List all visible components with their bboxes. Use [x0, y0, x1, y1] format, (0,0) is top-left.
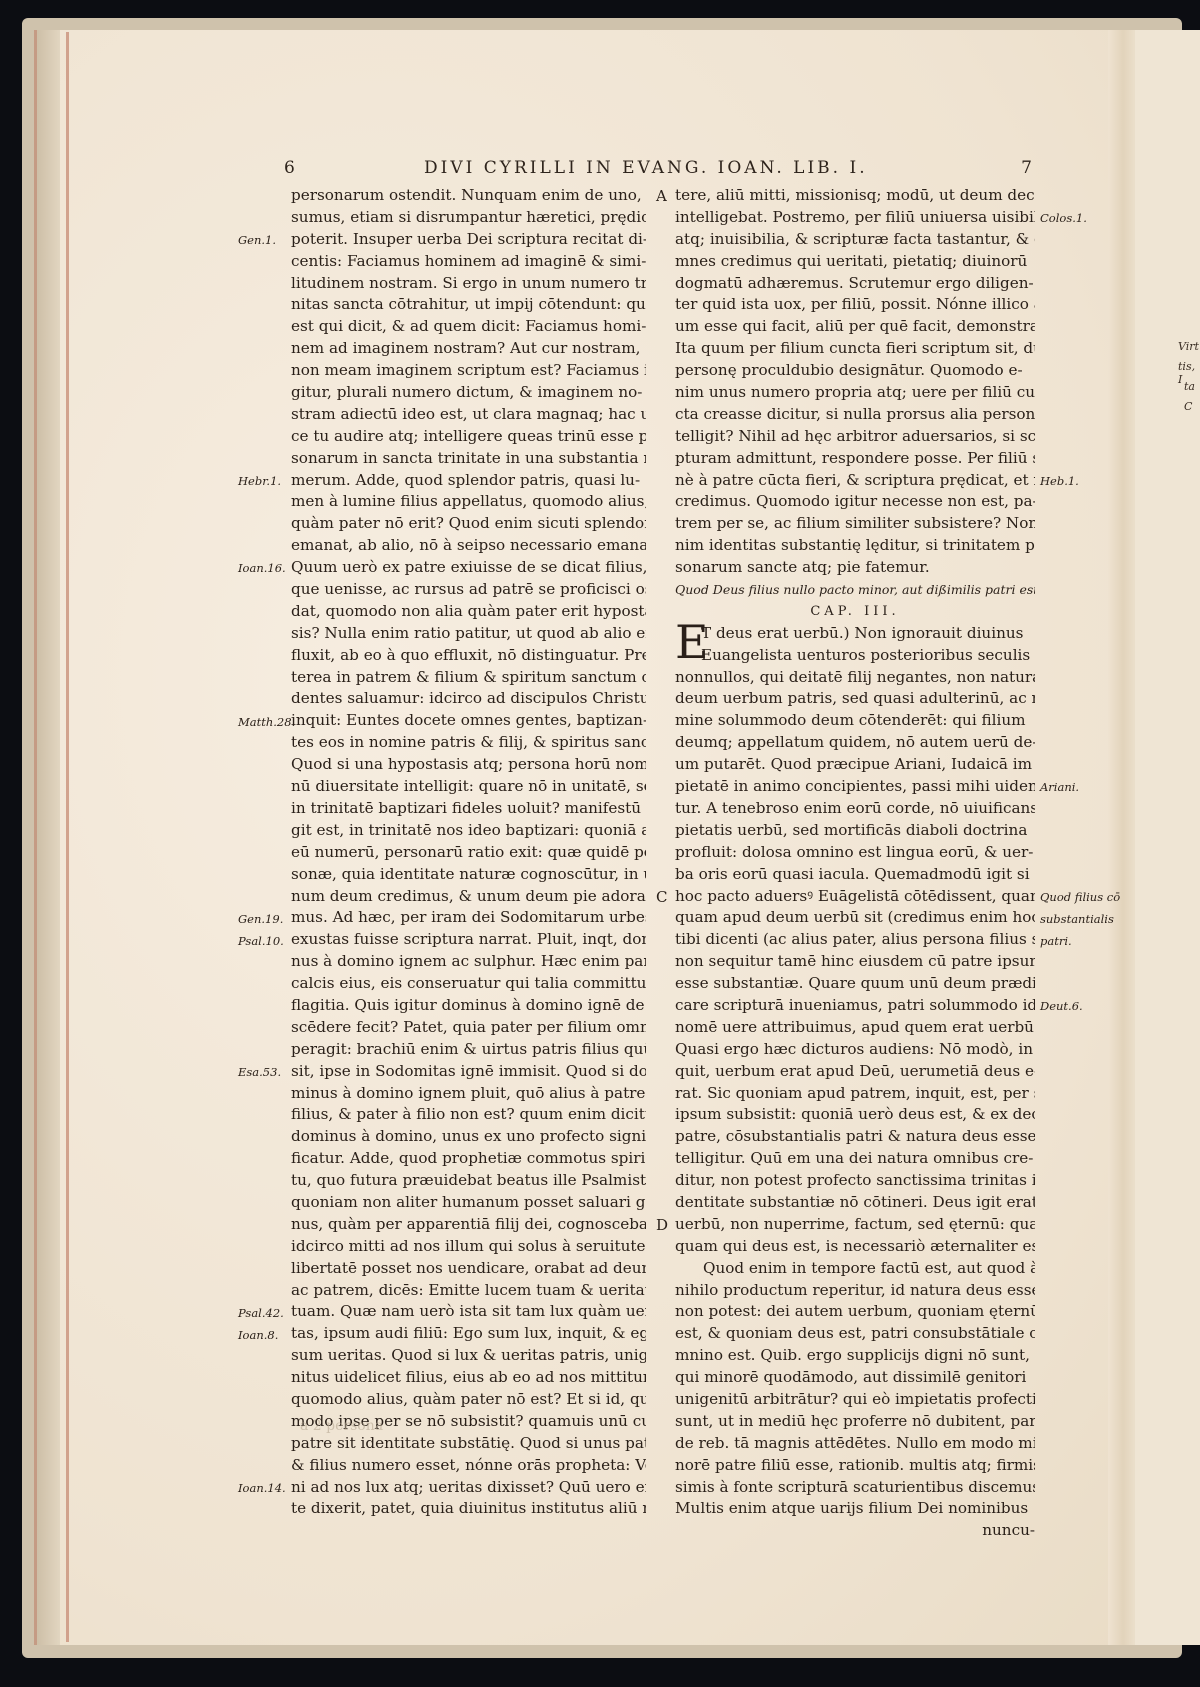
text-line: dat, quomodo non alia quàm pater erit hy…: [291, 601, 646, 623]
text-line: est, & quoniam deus est, patri consubstā…: [675, 1323, 1035, 1345]
text-line: peragit: brachiū enim & uirtus patris fi…: [291, 1039, 646, 1061]
text-line: pietatē in animo concipientes, passi mih…: [675, 776, 1035, 798]
marginal-note-right: Ariani.: [1040, 780, 1079, 794]
text-line: credimus. Quomodo igitur necesse non est…: [675, 491, 1035, 513]
marginal-note-right: patri.: [1040, 934, 1072, 948]
text-line: nem ad imaginem nostram? Aut cur nostram…: [291, 338, 646, 360]
text-line: deumq; appellatum quidem, nō autem uerū …: [675, 732, 1035, 754]
text-line: quam qui deus est, is necessariò æternal…: [675, 1236, 1035, 1258]
text-line: filius, & pater à filio non est? quum en…: [291, 1104, 646, 1126]
next-page-edge: [1135, 30, 1200, 1645]
text-line: Quod si una hypostasis atq; persona horū…: [291, 754, 646, 776]
text-line: norē patre filiū esse, rationib. multis …: [675, 1455, 1035, 1477]
text-line: scēdere fecit? Patet, quia pater per fil…: [291, 1017, 646, 1039]
text-line: ditur, non potest profecto sanctissima t…: [675, 1170, 1035, 1192]
text-line: nonnullos, qui deitatē filij negantes, n…: [675, 667, 1035, 689]
text-line: nomē uere attribuimus, apud quem erat ue…: [675, 1017, 1035, 1039]
text-line: nū diuersitate intelligit: quare nō in u…: [291, 776, 646, 798]
text-line: nus, quàm per apparentiā filij dei, cogn…: [291, 1214, 646, 1236]
next-page-margin-text: C: [1184, 400, 1192, 413]
text-line: simis à fonte scripturā scaturientibus d…: [675, 1477, 1035, 1499]
text-line: qui minorē quodāmodo, aut dissimilē geni…: [675, 1367, 1035, 1389]
text-line: terea in patrem & filium & spiritum sanc…: [291, 667, 646, 689]
text-line: num deum credimus, & unum deum pie adora…: [291, 886, 646, 908]
text-line: hoc pacto aduersꝰ Euāgelistā cōtēdissent…: [675, 886, 1035, 908]
text-line: gitur, plurali numero dictum, & imaginem…: [291, 382, 646, 404]
marginal-note-left: Ioan.14.: [238, 1481, 286, 1495]
section-letter: D: [656, 1216, 668, 1234]
text-line: git est, in trinitatē nos ideo baptizari…: [291, 820, 646, 842]
marginal-note-left: Esa.53.: [238, 1065, 281, 1079]
text-line: Ita quum per filium cuncta fieri scriptu…: [675, 338, 1035, 360]
text-line: trem per se, ac filium similiter subsist…: [675, 513, 1035, 535]
text-line: fluxit, ab eo à quo effluxit, nō disting…: [291, 645, 646, 667]
text-line: pturam admittunt, respondere posse. Per …: [675, 448, 1035, 470]
marginal-note-left: Matth.28.: [238, 715, 295, 729]
text-line: Quasi ergo hæc dicturos audiens: Nō modò…: [675, 1039, 1035, 1061]
text-line: ni ad nos lux atq; ueritas dixisset? Quū…: [291, 1477, 646, 1499]
text-line: ficatur. Adde, quod prophetiæ commotus s…: [291, 1148, 646, 1170]
text-line: patre sit identitate substātię. Quod si …: [291, 1433, 646, 1455]
text-line: quam apud deum uerbū sit (credimus enim …: [675, 907, 1035, 929]
text-line: inquit: Euntes docete omnes gentes, bapt…: [291, 710, 646, 732]
text-line: de reb. tā magnis attēdētes. Nullo em mo…: [675, 1433, 1035, 1455]
text-line: quàm pater nō erit? Quod enim sicuti spl…: [291, 513, 646, 535]
text-line: esse substantiæ. Quare quum unū deum præ…: [675, 973, 1035, 995]
section-letter: C: [656, 888, 667, 906]
text-line: nim unus numero propria atq; uere per fi…: [675, 382, 1035, 404]
binding-stain-line: [66, 32, 69, 1642]
text-line: mus. Ad hæc, per iram dei Sodomitarum ur…: [291, 907, 646, 929]
text-line: non potest: dei autem uerbum, quoniam ęt…: [675, 1301, 1035, 1323]
text-line: unigenitū arbitrātur? qui eò impietatis …: [675, 1389, 1035, 1411]
text-line: litudinem nostram. Si ergo in unum numer…: [291, 273, 646, 295]
text-line: centis: Faciamus hominem ad imaginē & si…: [291, 251, 646, 273]
text-line: sum ueritas. Quod si lux & ueritas patri…: [291, 1345, 646, 1367]
text-line: personę proculdubio designātur. Quomodo …: [675, 360, 1035, 382]
next-page-margin-text: Virt: [1178, 340, 1199, 353]
marginal-note-right: Quod filius cō: [1040, 890, 1120, 904]
text-line: Euangelista uenturos posterioribus secul…: [675, 645, 1035, 667]
catchword: nuncu-: [675, 1520, 1035, 1542]
text-line: quit, uerbum erat apud Deū, uerumetiā de…: [675, 1061, 1035, 1083]
text-line: libertatē posset nos uendicare, orabat a…: [291, 1258, 646, 1280]
text-line: Multis enim atque uarijs filium Dei nomi…: [675, 1498, 1035, 1520]
text-line: telligit? Nihil ad hęc arbitror aduersar…: [675, 426, 1035, 448]
text-line: nus à domino ignem ac sulphur. Hæc enim …: [291, 951, 646, 973]
running-title: DIVI CYRILLI IN EVANG. IOAN. LIB. I.: [424, 158, 868, 178]
text-line: uerbū, non nuperrime, factum, sed ęternū…: [675, 1214, 1035, 1236]
text-line: profluit: dolosa omnino est lingua eorū,…: [675, 842, 1035, 864]
text-line: um putarēt. Quod præcipue Ariani, Iudaic…: [675, 754, 1035, 776]
text-line: dentitate substantiæ nō cōtineri. Deus i…: [675, 1192, 1035, 1214]
text-line: quoniam non aliter humanum posset saluar…: [291, 1192, 646, 1214]
text-line: patre, cōsubstantialis patri & natura de…: [675, 1126, 1035, 1148]
text-line: tu, quo futura præuidebat beatus ille Ps…: [291, 1170, 646, 1192]
text-line: stram adiectū ideo est, ut clara magnaq;…: [291, 404, 646, 426]
text-line: ce tu audire atq; intelligere queas trin…: [291, 426, 646, 448]
marginal-note-left: Hebr.1.: [238, 474, 281, 488]
section-letter: A: [656, 187, 667, 205]
text-line: men à lumine filius appellatus, quomodo …: [291, 491, 646, 513]
text-line: cta creasse dicitur, si nulla prorsus al…: [675, 404, 1035, 426]
text-line: te dixerit, patet, quia diuinitus instit…: [291, 1498, 646, 1520]
book-gutter: [1108, 30, 1138, 1645]
text-line: est qui dicit, & ad quem dicit: Faciamus…: [291, 316, 646, 338]
text-line: tur. A tenebroso enim eorū corde, nō uiu…: [675, 798, 1035, 820]
marginal-note-left: Ioan.8.: [238, 1328, 278, 1342]
marginal-note-right: Heb.1.: [1040, 474, 1079, 488]
text-line: sumus, etiam si disrumpantur hæretici, p…: [291, 207, 646, 229]
text-line: pietatis uerbū, sed mortificās diaboli d…: [675, 820, 1035, 842]
text-line: non sequitur tamē hinc eiusdem cū patre …: [675, 951, 1035, 973]
text-line: rat. Sic quoniam apud patrem, inquit, es…: [675, 1083, 1035, 1105]
text-column-right: tere, aliū mitti, missionisq; modū, ut d…: [675, 185, 1035, 1542]
text-line: & filius numero esset, nónne orās prophe…: [291, 1455, 646, 1477]
text-line: sit, ipse in Sodomitas ignē immisit. Quo…: [291, 1061, 646, 1083]
text-line: Quod enim in tempore factū est, aut quod…: [675, 1258, 1035, 1280]
page-number-right: 7: [1021, 158, 1034, 178]
text-line: tere, aliū mitti, missionisq; modū, ut d…: [675, 185, 1035, 207]
text-line: nitus uidelicet filius, eius ab eo ad no…: [291, 1367, 646, 1389]
text-line: tes eos in nomine patris & filij, & spir…: [291, 732, 646, 754]
text-line: sonarum sancte atq; pie fatemur.: [675, 557, 1035, 579]
text-line: emanat, ab alio, nō à seipso necessario …: [291, 535, 646, 557]
text-line: eū numerū, personarū ratio exit: quæ qui…: [291, 842, 646, 864]
chapter-number: CAP. III.: [675, 601, 1035, 623]
marginal-note-right: Deut.6.: [1040, 999, 1083, 1013]
marginal-note-right: substantialis: [1040, 912, 1114, 926]
text-line: quomodo alius, quàm pater nō est? Et si …: [291, 1389, 646, 1411]
text-line: idcirco mitti ad nos illum qui solus à s…: [291, 1236, 646, 1258]
text-line: nim identitas substantię lęditur, si tri…: [675, 535, 1035, 557]
text-column-left: personarum ostendit. Nunquam enim de uno…: [291, 185, 646, 1520]
text-line: mnino est. Quib. ergo supplicijs digni n…: [675, 1345, 1035, 1367]
marginal-note-left: Ioan.16.: [238, 561, 286, 575]
chapter-heading: Quod Deus filius nullo pacto minor, aut …: [675, 579, 1035, 601]
text-line: dentes saluamur: idcirco ad discipulos C…: [291, 688, 646, 710]
text-line: sis? Nulla enim ratio patitur, ut quod a…: [291, 623, 646, 645]
text-line: dogmatū adhæremus. Scrutemur ergo dilige…: [675, 273, 1035, 295]
text-line: care scripturā inueniamus, patri solummo…: [675, 995, 1035, 1017]
running-head: 6 DIVI CYRILLI IN EVANG. IOAN. LIB. I. 7: [284, 158, 1034, 184]
text-line: ter quid ista uox, per filiū, possit. Nó…: [675, 294, 1035, 316]
next-page-margin-text: ta: [1184, 380, 1195, 393]
text-line: nihilo productum reperitur, id natura de…: [675, 1280, 1035, 1302]
text-line: in trinitatē baptizari fideles uoluit? m…: [291, 798, 646, 820]
text-line: intelligebat. Postremo, per filiū uniuer…: [675, 207, 1035, 229]
text-line: tibi dicenti (ac alius pater, alius pers…: [675, 929, 1035, 951]
text-line: ac patrem, dicēs: Emitte lucem tuam & ue…: [291, 1280, 646, 1302]
text-line: calcis eius, eis conseruatur qui talia c…: [291, 973, 646, 995]
marginal-note-right: Colos.1.: [1040, 211, 1087, 225]
text-line: tuam. Quæ nam uerò ista sit tam lux quàm…: [291, 1301, 646, 1323]
text-line: flagitia. Quis igitur dominus à domino i…: [291, 995, 646, 1017]
text-line: atq; inuisibilia, & scripturæ facta tast…: [675, 229, 1035, 251]
text-line: poterit. Insuper uerba Dei scriptura rec…: [291, 229, 646, 251]
text-line: tas, ipsum audi filiū: Ego sum lux, inqu…: [291, 1323, 646, 1345]
text-line: telligitur. Quū em una dei natura omnibu…: [675, 1148, 1035, 1170]
marginal-note-left: Gen.19.: [238, 912, 283, 926]
text-line: ipsum subsistit: quoniā uerò deus est, &…: [675, 1104, 1035, 1126]
text-line: dominus à domino, unus ex uno profecto s…: [291, 1126, 646, 1148]
text-line: T deus erat uerbū.) Non ignorauit diuinu…: [675, 623, 1035, 645]
text-line: exustas fuisse scriptura narrat. Pluit, …: [291, 929, 646, 951]
text-line: nitas sancta cōtrahitur, ut impij cōtend…: [291, 294, 646, 316]
text-line: que uenisse, ac rursus ad patrē se profi…: [291, 579, 646, 601]
drop-cap: E: [675, 619, 709, 665]
signature-bleed-through: a 2 persona: [300, 1418, 383, 1434]
text-line: minus à domino ignem pluit, quō alius à …: [291, 1083, 646, 1105]
text-line: Quum uerò ex patre exiuisse de se dicat …: [291, 557, 646, 579]
text-line: mine solummodo deum cōtenderēt: qui fili…: [675, 710, 1035, 732]
text-line: nè à patre cūcta fieri, & scriptura pręd…: [675, 470, 1035, 492]
text-line: merum. Adde, quod splendor patris, quasi…: [291, 470, 646, 492]
text-line: sonarum in sancta trinitate in una subst…: [291, 448, 646, 470]
text-line: personarum ostendit. Nunquam enim de uno…: [291, 185, 646, 207]
marginal-note-left: Psal.10.: [238, 934, 284, 948]
text-line: mnes credimus qui ueritati, pietatiq; di…: [675, 251, 1035, 273]
text-line: deum uerbum patris, sed quasi adulterinū…: [675, 688, 1035, 710]
text-line: non meam imaginem scriptum est? Faciamus…: [291, 360, 646, 382]
text-line: um esse qui facit, aliū per quē facit, d…: [675, 316, 1035, 338]
page-number-left: 6: [284, 158, 297, 178]
text-line: sunt, ut in mediū hęc proferre nō dubite…: [675, 1411, 1035, 1433]
text-line: sonæ, quia identitate naturæ cognoscūtur…: [291, 864, 646, 886]
text-line: ba oris eorū quasi iacula. Quemadmodū ig…: [675, 864, 1035, 886]
marginal-note-left: Gen.1.: [238, 233, 276, 247]
marginal-note-left: Psal.42.: [238, 1306, 284, 1320]
